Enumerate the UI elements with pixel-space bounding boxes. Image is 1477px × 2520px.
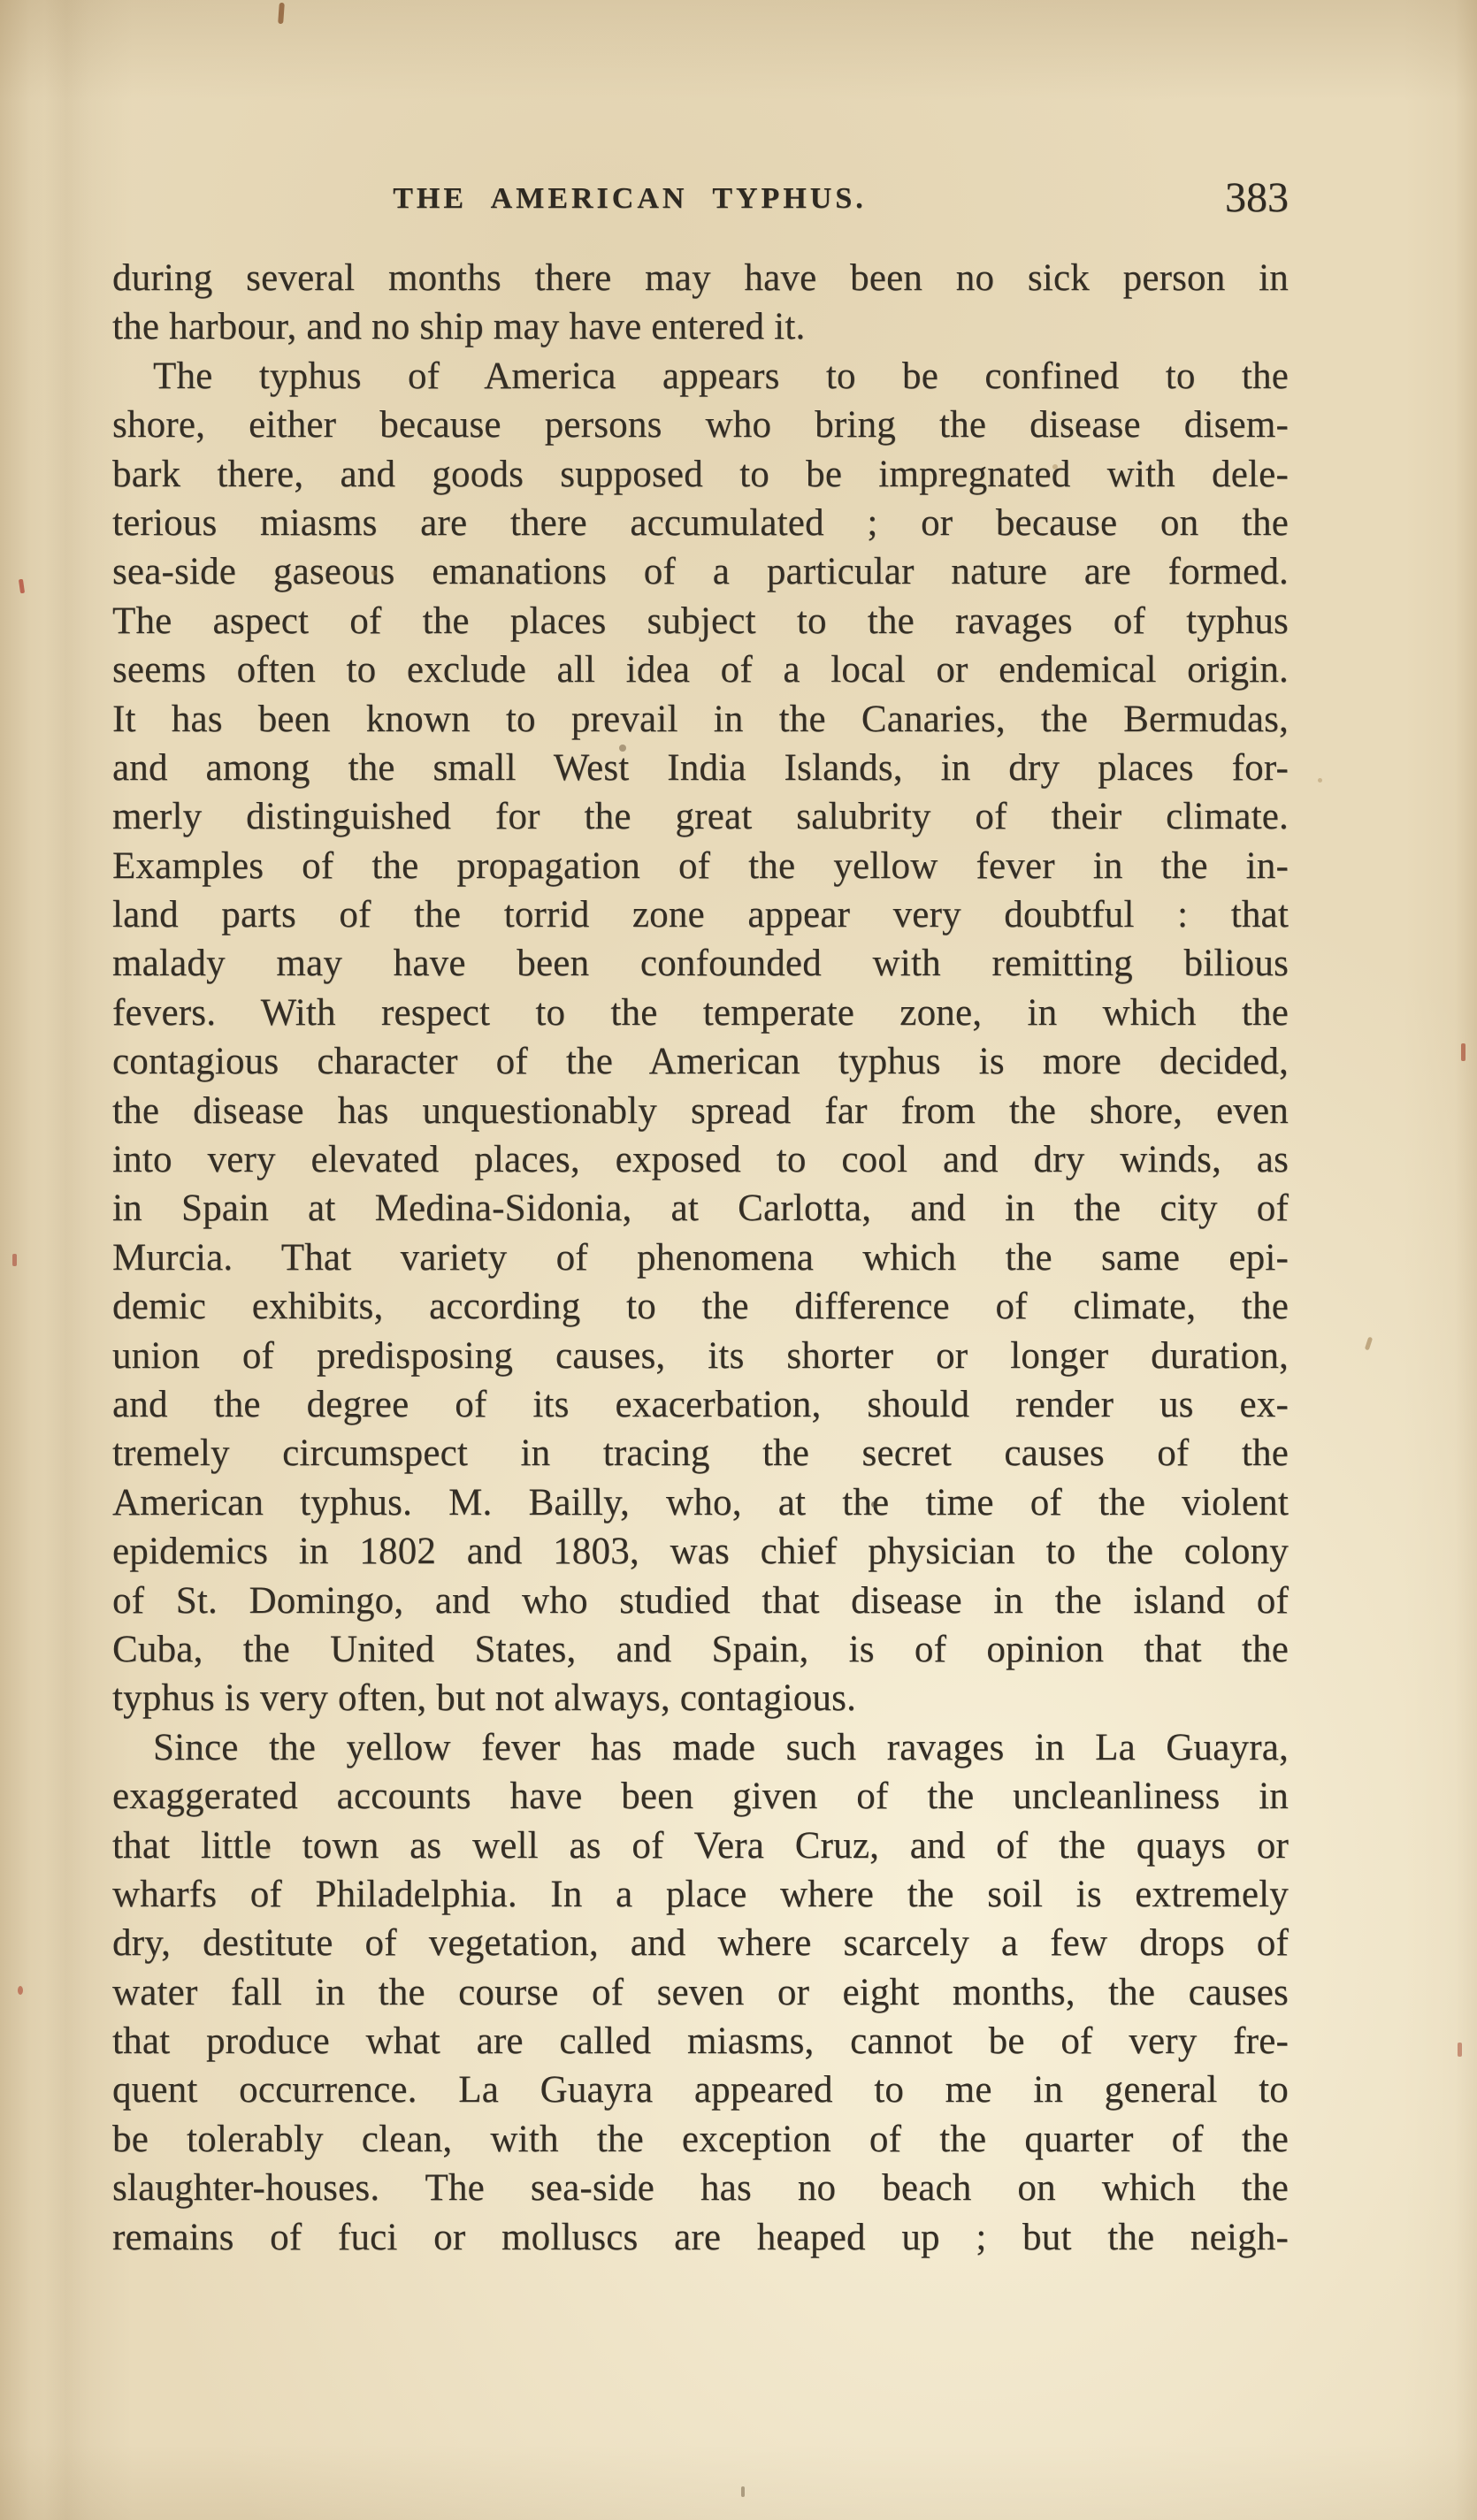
text-line: of St. Domingo, and who studied that dis…: [112, 1577, 1289, 1625]
text-line: Murcia. That variety of phenomena which …: [112, 1233, 1289, 1282]
text-line: fevers. With respect to the temperate zo…: [112, 989, 1289, 1037]
paper-speck: [1318, 778, 1322, 783]
text-line: The typhus of America appears to be conf…: [112, 352, 1289, 401]
paper-speck: [1365, 1337, 1373, 1351]
text-line: tremely circumspect in tracing the secre…: [112, 1429, 1289, 1478]
text-line: be tolerably clean, with the exception o…: [112, 2115, 1289, 2164]
text-line: during several months there may have bee…: [112, 254, 1289, 302]
text-line: merly distinguished for the great salubr…: [112, 792, 1289, 841]
text-line: The aspect of the places subject to the …: [112, 597, 1289, 645]
text-line: epidemics in 1802 and 1803, was chief ph…: [112, 1527, 1289, 1576]
text-line: in Spain at Medina-Sidonia, at Carlotta,…: [112, 1184, 1289, 1233]
paper-speck: [278, 3, 285, 24]
text-line: union of predisposing causes, its shorte…: [112, 1332, 1289, 1380]
paper-speck: [1461, 1043, 1466, 1061]
text-line: water fall in the course of seven or eig…: [112, 1968, 1289, 2017]
text-line: contagious character of the American typ…: [112, 1037, 1289, 1086]
paper-speck: [741, 2486, 745, 2497]
running-title: THE AMERICAN TYPHUS.: [112, 182, 1147, 216]
text-line: wharfs of Philadelphia. In a place where…: [112, 1870, 1289, 1919]
page-number: 383: [1176, 173, 1289, 222]
text-line: American typhus. M. Bailly, who, at the …: [112, 1478, 1289, 1527]
text-line: that little town as well as of Vera Cruz…: [112, 1821, 1289, 1870]
text-line: the disease has unquestionably spread fa…: [112, 1087, 1289, 1135]
text-line: into very elevated places, exposed to co…: [112, 1135, 1289, 1184]
text-line: sea-side gaseous emanations of a particu…: [112, 547, 1289, 596]
text-line: malady may have been confounded with rem…: [112, 939, 1289, 988]
text-line: the harbour, and no ship may have entere…: [112, 302, 1289, 351]
paper-speck: [12, 1254, 17, 1266]
text-line: bark there, and goods supposed to be imp…: [112, 450, 1289, 499]
text-line: typhus is very often, but not always, co…: [112, 1674, 1289, 1722]
text-line: shore, either because persons who bring …: [112, 401, 1289, 449]
text-line: seems often to exclude all idea of a loc…: [112, 645, 1289, 694]
text-line: It has been known to prevail in the Cana…: [112, 695, 1289, 744]
body-text-block: during several months there may have bee…: [112, 254, 1289, 2262]
paper-speck: [1458, 2043, 1462, 2057]
text-line: and among the small West India Islands, …: [112, 744, 1289, 792]
text-line: Examples of the propagation of the yello…: [112, 842, 1289, 890]
paper-speck: [18, 1986, 23, 1995]
text-line: demic exhibits, according to the differe…: [112, 1282, 1289, 1331]
scanned-book-page: THE AMERICAN TYPHUS. 383 during several …: [0, 0, 1477, 2520]
text-line: land parts of the torrid zone appear ver…: [112, 890, 1289, 939]
text-line: Cuba, the United States, and Spain, is o…: [112, 1625, 1289, 1674]
text-line: and the degree of its exacerbation, shou…: [112, 1380, 1289, 1429]
paper-speck: [19, 579, 25, 594]
text-line: quent occurrence. La Guayra appeared to …: [112, 2066, 1289, 2114]
text-line: exaggerated accounts have been given of …: [112, 1772, 1289, 1821]
text-line: dry, destitute of vegetation, and where …: [112, 1919, 1289, 1967]
text-line: that produce what are called miasms, can…: [112, 2017, 1289, 2066]
text-line: slaughter-houses. The sea-side has no be…: [112, 2164, 1289, 2212]
text-line: remains of fuci or molluscs are heaped u…: [112, 2213, 1289, 2262]
text-line: Since the yellow fever has made such rav…: [112, 1723, 1289, 1772]
text-line: terious miasms are there accumulated ; o…: [112, 499, 1289, 547]
